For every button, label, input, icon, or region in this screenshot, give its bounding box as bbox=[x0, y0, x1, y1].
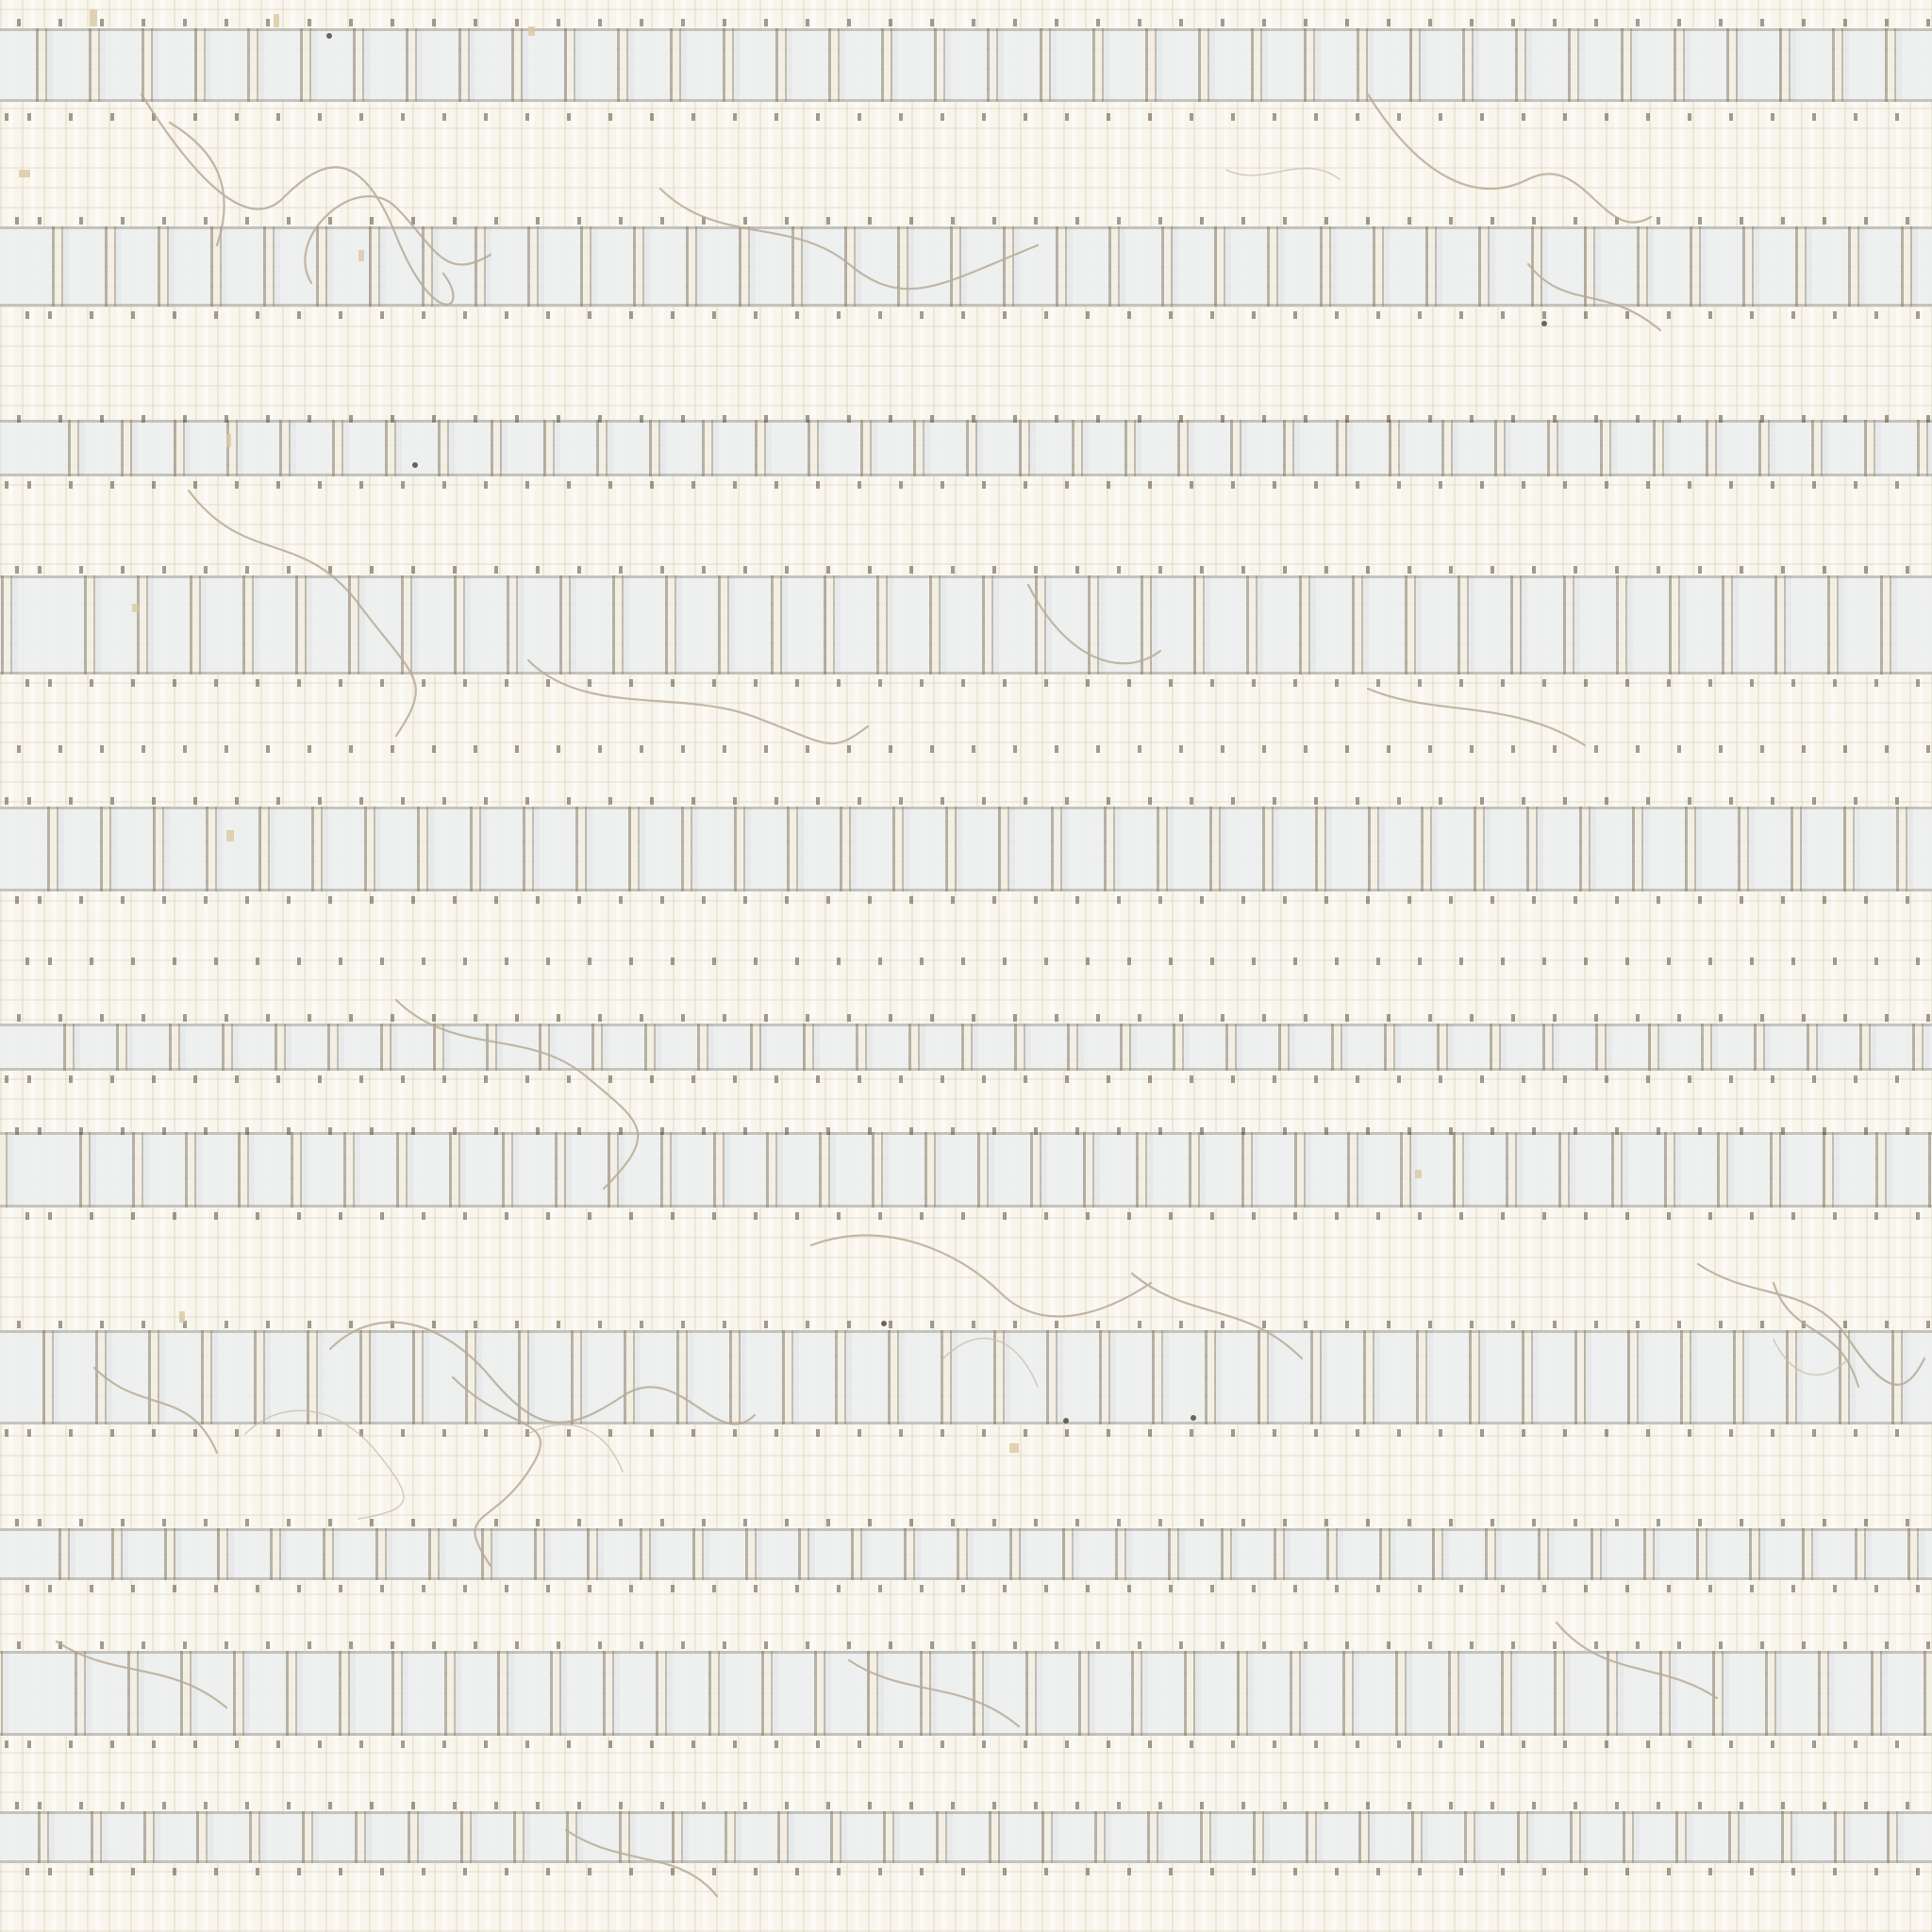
ribbon-band bbox=[0, 1330, 1932, 1424]
weave-gap-row bbox=[0, 958, 1932, 965]
weave-gap-row bbox=[0, 1740, 1932, 1748]
ribbon-band bbox=[0, 1651, 1932, 1736]
weave-gap-row bbox=[0, 679, 1932, 687]
weave-gap-row bbox=[0, 1321, 1932, 1328]
ribbon-band bbox=[0, 807, 1932, 891]
ribbon-band bbox=[0, 28, 1932, 102]
weave-gap-row bbox=[0, 1127, 1932, 1135]
weave-gap-row bbox=[0, 1429, 1932, 1437]
weave-gap-row bbox=[0, 311, 1932, 319]
weave-gap-row bbox=[0, 1519, 1932, 1526]
ribbon-band bbox=[0, 1132, 1932, 1207]
weave-gap-row bbox=[0, 1585, 1932, 1592]
weave-gap-row bbox=[0, 113, 1932, 121]
weave-gap-row bbox=[0, 745, 1932, 753]
ribbon-band bbox=[0, 1528, 1932, 1580]
weave-gap-row bbox=[0, 1868, 1932, 1875]
ribbon-band bbox=[0, 420, 1932, 476]
ribbon-band bbox=[0, 575, 1932, 675]
weave-gap-row bbox=[0, 217, 1932, 225]
ribbon-band bbox=[0, 1811, 1932, 1863]
weave-gap-row bbox=[0, 1802, 1932, 1809]
weave-gap-row bbox=[0, 1075, 1932, 1083]
weave-gap-row bbox=[0, 19, 1932, 26]
weave-gap-row bbox=[0, 566, 1932, 574]
ribbon-band bbox=[0, 1024, 1932, 1071]
weave-gap-row bbox=[0, 896, 1932, 904]
weave-gap-row bbox=[0, 481, 1932, 489]
weave-gap-row bbox=[0, 797, 1932, 805]
woven-textile-texture bbox=[0, 0, 1932, 1932]
weave-gap-row bbox=[0, 415, 1932, 423]
weave-gap-row bbox=[0, 1014, 1932, 1022]
ribbon-band bbox=[0, 226, 1932, 307]
weave-gap-row bbox=[0, 1641, 1932, 1649]
weave-gap-row bbox=[0, 1212, 1932, 1220]
